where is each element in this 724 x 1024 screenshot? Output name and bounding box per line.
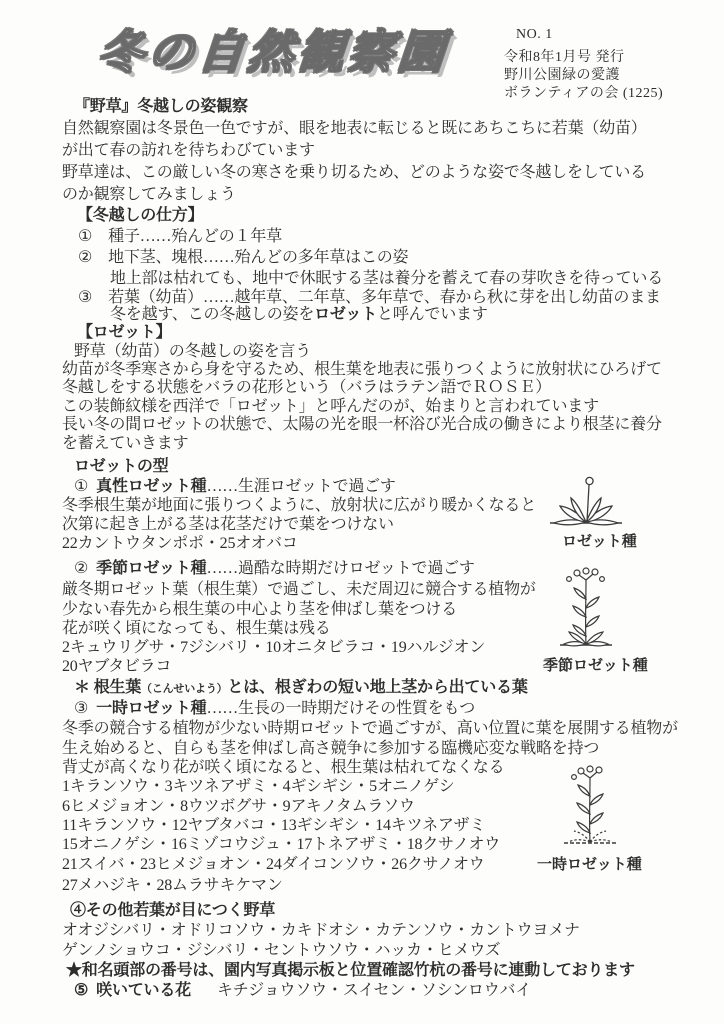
- type-name: 季節ロゼット種: [96, 560, 206, 577]
- seasonal-rosette-plant-icon: [556, 566, 616, 650]
- item-number: ②: [78, 249, 92, 266]
- temporary-rosette-plant-icon: [560, 764, 620, 848]
- type-name: 真性ロゼット種: [96, 478, 206, 495]
- type3-species-list: 15オニノゲシ・16ミゾコウジュ・17トネアザミ・18クサノオウ: [62, 835, 500, 855]
- publisher-line-1: 野川公園緑の愛護: [504, 64, 620, 84]
- wintering-item-2-continuation: 地上部は枯れても、地中で休眠する茎は養分を蓄えて春の芽吹きを待っている: [110, 269, 663, 289]
- seasonal-rosette-label: 季節ロゼット種: [543, 654, 648, 675]
- intro-heading: 『野草』冬越しの姿観察: [74, 97, 248, 117]
- rosette-heading: 【ロゼット】: [77, 323, 171, 343]
- numbering-note: ★和名頭部の番号は、園内写真掲示板と位置確認竹杭の番号に連動しております: [66, 961, 635, 981]
- type1-species-list: 22カントウタンポポ・25オオバコ: [62, 534, 298, 554]
- flower-species-list: キチジョウソウ・スイセン・ソシンロウバイ: [217, 982, 531, 999]
- type5-line: ⑤咲いている花キチジョウソウ・スイセン・ソシンロウバイ: [74, 981, 531, 1001]
- type3-species-list: 6ヒメジョオン・8ウツボグサ・9アキノタムラソウ: [62, 797, 415, 817]
- issue-edition: 令和8年1月号 発行: [504, 46, 625, 66]
- note-post: とは、根ぎわの短い地上茎から出ている葉: [227, 679, 527, 696]
- basal-leaf-note: ＊ 根生葉（こんせいよう）とは、根ぎわの短い地上茎から出ている葉: [74, 678, 528, 699]
- text: と呼んでいます: [377, 306, 488, 323]
- item-number: ①: [78, 228, 92, 245]
- text: 冬を越す、この冬越しの姿を: [110, 306, 314, 323]
- rosette-line: を蓄えていきます: [62, 434, 188, 454]
- rosette-line: 幼苗が冬季寒さから身を守るため、根生葉を地表に張りつくように放射状にひろげて: [62, 360, 662, 380]
- item-number: ③: [78, 289, 92, 306]
- type4-species-list: オオジシバリ・オドリコソウ・カキドオシ・カテンソウ・カントウヨメナ: [62, 921, 580, 941]
- type-desc: ……生涯ロゼットで過ごす: [206, 478, 395, 495]
- type2-line: 少ない春先から根生葉の中心より茎を伸ばし葉をつける: [62, 600, 457, 620]
- type1-heading: ①真性ロゼット種……生涯ロゼットで過ごす: [74, 477, 396, 497]
- wintering-heading: 【冬越しの仕方】: [77, 206, 203, 226]
- wintering-item-2: ②地下茎、塊根……殆んどの多年草はこの姿: [78, 248, 408, 268]
- item-text: 地下茎、塊根……殆んどの多年草はこの姿: [108, 249, 408, 266]
- intro-line: 野草達は、この厳しい冬の寒さを乗り切るため、どのような姿で冬越しをしている: [62, 163, 646, 183]
- type2-line: 厳冬期ロゼット葉（根生葉）で過ごし、未だ周辺に競合する植物が: [62, 580, 536, 600]
- item-text: 若葉（幼苗）……越年草、二年草、多年草で、春から秋に芽を出し幼苗のまま: [108, 289, 661, 306]
- type3-line: 生え始めると、自らも茎を伸ばし高さ競争に参加する臨機応変な戦略を持つ: [62, 739, 599, 759]
- intro-line: のか観察してみましょう: [62, 185, 236, 205]
- publisher-line-2: ボランティアの会 (1225): [504, 82, 663, 102]
- type3-species-list: 11キランソウ・12ヤブタバコ・13ギシギシ・14キツネアザミ: [62, 816, 485, 836]
- rosette-line: 冬越しをする状態をバラの花形という（バラはラテン語でＲＯＳＥ）: [62, 378, 551, 398]
- note-pre: ＊ 根生葉: [74, 679, 141, 696]
- type3-line: 冬季の競合する植物が少ない時期ロゼットで過ごすが、高い位置に葉を展開する植物が: [62, 719, 678, 739]
- newsletter-title: 冬の自然観察園: [95, 16, 451, 82]
- rosette-line: 長い冬の間ロゼットの状態で、太陽の光を眼一杯浴び光合成の働きにより根茎に養分: [62, 415, 662, 435]
- item-number: ②: [74, 560, 88, 577]
- rosette-type-label: ロゼット種: [562, 530, 637, 551]
- rosette-term: ロゼット: [314, 306, 377, 323]
- type2-species-list: 20ヤブタビラコ: [62, 657, 171, 677]
- type1-line: 冬季根生葉が地面に張りつくように、放射状に広がり暖かくなると: [62, 496, 536, 516]
- type3-line: 背丈が高くなり花が咲く頃になると、根生葉は枯れてなくなる: [62, 758, 504, 778]
- wintering-item-3-continuation: 冬を越す、この冬越しの姿をロゼットと呼んでいます: [110, 305, 488, 325]
- type-name: 一時ロゼット種: [96, 700, 206, 717]
- type3-species-list: 21スイバ・23ヒメジョオン・24ダイコンソウ・26クサノオウ: [62, 855, 485, 875]
- type1-line: 次第に起き上がる茎は花茎だけで葉をつけない: [62, 515, 394, 535]
- note-reading: （こんせいよう）: [141, 683, 227, 695]
- intro-line: 自然観察園は冬景色一色ですが、眼を地表に転じると既にあちこちに若葉（幼苗）: [62, 119, 647, 139]
- type4-heading: ④その他若葉が目につく野草: [70, 901, 275, 921]
- rosette-line: この装飾紋様を西洋で「ロゼット」と呼んだのが、始まりと言われています: [62, 397, 599, 417]
- type3-species-list: 27メハジキ・28ムラサキケマン: [62, 876, 283, 896]
- newsletter-page: 冬の自然観察園 NO. 1 令和8年1月号 発行 野川公園緑の愛護 ボランティア…: [0, 0, 724, 1024]
- type-desc: ……過酷な時期だけロゼットで過ごす: [206, 560, 474, 577]
- rosette-plant-icon: [546, 472, 626, 530]
- wintering-item-1: ①種子……殆んどの１年草: [78, 227, 282, 247]
- type2-species-list: 2キュウリグサ・7ジシバリ・10オニタビラコ・19ハルジオン: [62, 638, 485, 658]
- intro-line: が出て春の訪れを待ちわびています: [62, 141, 315, 161]
- item-number: ⑤: [74, 982, 88, 999]
- temporary-rosette-label: 一時ロゼット種: [537, 853, 642, 874]
- item-number: ①: [74, 478, 88, 495]
- item-number: ③: [74, 700, 88, 717]
- item-text: 種子……殆んどの１年草: [108, 228, 282, 245]
- type4-species-list: ゲンノショウコ・ジシバリ・セントウソウ・ハッカ・ヒメウズ: [62, 941, 500, 961]
- type3-heading: ③一時ロゼット種……生長の一時期だけその性質をもつ: [74, 699, 475, 719]
- types-heading: ロゼットの型: [74, 457, 168, 477]
- type3-species-list: 1キランソウ・3キツネアザミ・4ギシギシ・5オニノゲシ: [62, 777, 455, 797]
- issue-number: NO. 1: [516, 27, 553, 43]
- rosette-line: 野草（幼苗）の冬越しの姿を言う: [74, 342, 311, 362]
- type2-heading: ②季節ロゼット種……過酷な時期だけロゼットで過ごす: [74, 559, 475, 579]
- type2-line: 花が咲く頃になっても、根生葉は残る: [62, 619, 331, 639]
- type-name: 咲いている花: [96, 982, 191, 999]
- type-desc: ……生長の一時期だけその性質をもつ: [206, 700, 475, 717]
